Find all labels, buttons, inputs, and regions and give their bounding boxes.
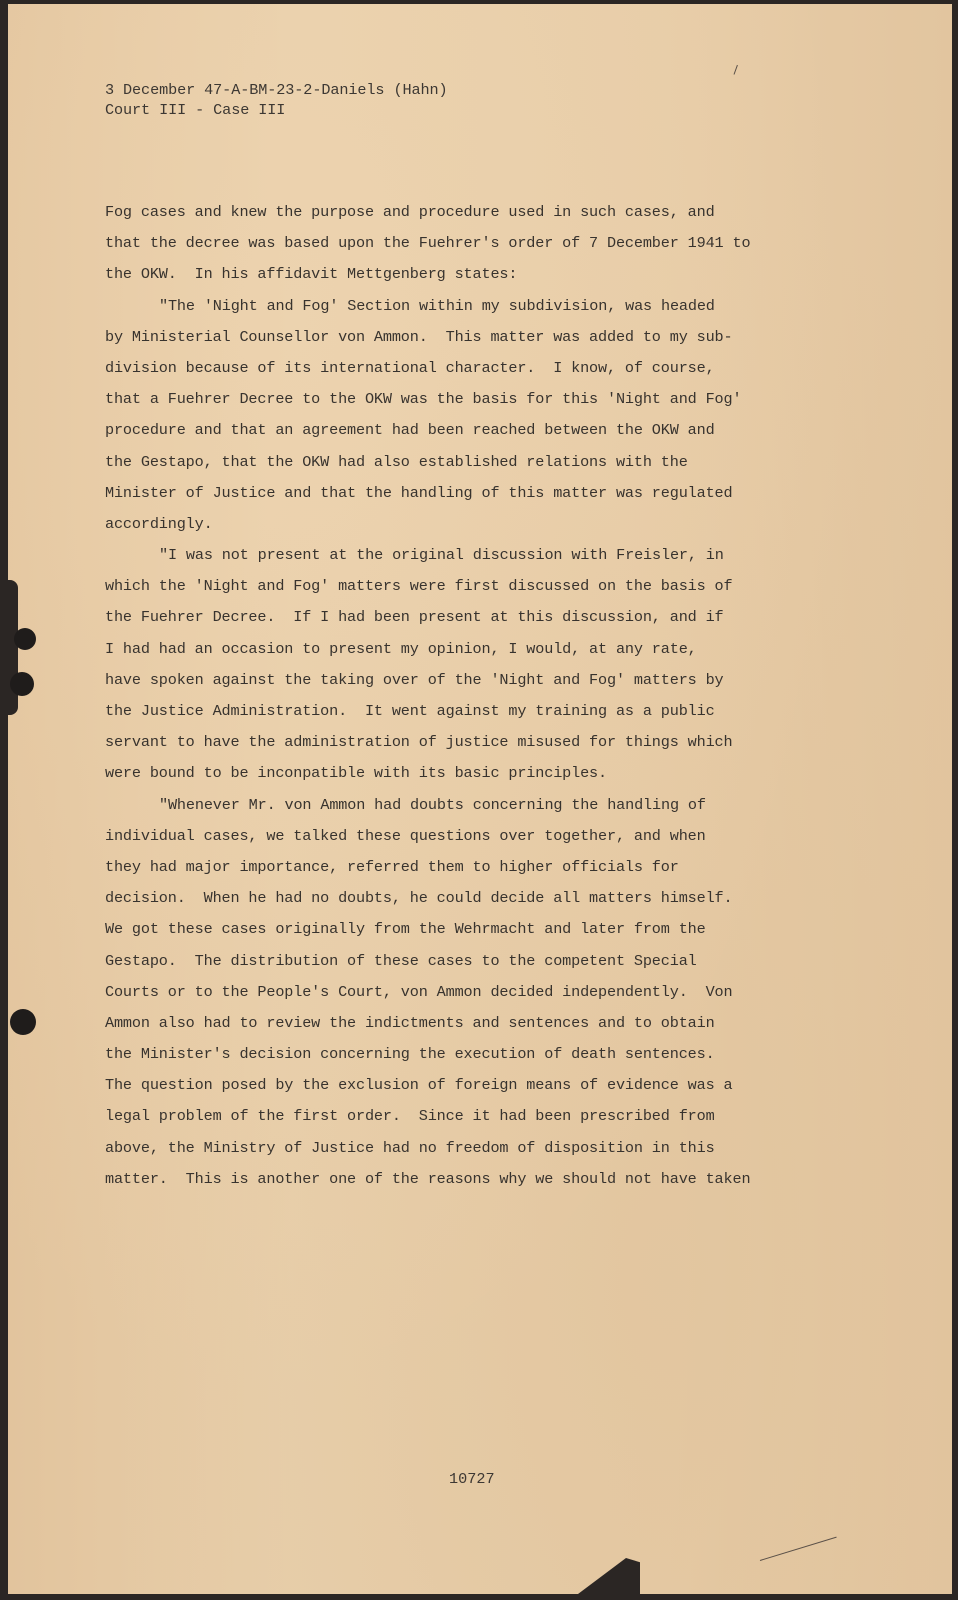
punch-hole xyxy=(10,1009,36,1035)
text-line: that a Fuehrer Decree to the OKW was the… xyxy=(105,387,865,418)
text-line: Minister of Justice and that the handlin… xyxy=(105,481,865,512)
document-body: Fog cases and knew the purpose and proce… xyxy=(105,200,865,1198)
text-line: they had major importance, referred them… xyxy=(105,855,865,886)
punch-hole xyxy=(14,628,36,650)
text-line: decision. When he had no doubts, he coul… xyxy=(105,886,865,917)
page-number: 10727 xyxy=(449,1470,495,1488)
text-line: "Whenever Mr. von Ammon had doubts conce… xyxy=(105,793,865,824)
text-line: division because of its international ch… xyxy=(105,356,865,387)
text-line: Courts or to the People's Court, von Amm… xyxy=(105,980,865,1011)
text-line: that the decree was based upon the Fuehr… xyxy=(105,231,865,262)
text-line: the Minister's decision concerning the e… xyxy=(105,1042,865,1073)
text-line: servant to have the administration of ju… xyxy=(105,730,865,761)
pencil-mark xyxy=(734,65,738,75)
text-line: which the 'Night and Fog' matters were f… xyxy=(105,574,865,605)
text-line: Fog cases and knew the purpose and proce… xyxy=(105,200,865,231)
text-line: individual cases, we talked these questi… xyxy=(105,824,865,855)
text-line: the Gestapo, that the OKW had also estab… xyxy=(105,450,865,481)
document-page: 3 December 47-A-BM-23-2-Daniels (Hahn) C… xyxy=(8,4,952,1594)
bottom-edge-tear xyxy=(0,1594,958,1600)
text-line: Gestapo. The distribution of these cases… xyxy=(105,949,865,980)
text-line: "I was not present at the original discu… xyxy=(105,543,865,574)
text-line: "The 'Night and Fog' Section within my s… xyxy=(105,294,865,325)
header-court-case: Court III - Case III xyxy=(105,100,448,120)
text-line: the Fuehrer Decree. If I had been presen… xyxy=(105,605,865,636)
text-line: legal problem of the first order. Since … xyxy=(105,1104,865,1135)
left-edge-tear xyxy=(0,580,18,715)
text-line: matter. This is another one of the reaso… xyxy=(105,1167,865,1198)
text-line: I had had an occasion to present my opin… xyxy=(105,637,865,668)
pencil-mark xyxy=(760,1537,837,1561)
text-line: the Justice Administration. It went agai… xyxy=(105,699,865,730)
text-line: were bound to be inconpatible with its b… xyxy=(105,761,865,792)
document-header: 3 December 47-A-BM-23-2-Daniels (Hahn) C… xyxy=(105,80,448,120)
text-line: procedure and that an agreement had been… xyxy=(105,418,865,449)
text-line: We got these cases originally from the W… xyxy=(105,917,865,948)
text-line: accordingly. xyxy=(105,512,865,543)
text-line: above, the Ministry of Justice had no fr… xyxy=(105,1136,865,1167)
text-line: Ammon also had to review the indictments… xyxy=(105,1011,865,1042)
punch-hole xyxy=(10,672,34,696)
text-line: have spoken against the taking over of t… xyxy=(105,668,865,699)
text-line: by Ministerial Counsellor von Ammon. Thi… xyxy=(105,325,865,356)
header-date-reference: 3 December 47-A-BM-23-2-Daniels (Hahn) xyxy=(105,80,448,100)
text-line: The question posed by the exclusion of f… xyxy=(105,1073,865,1104)
text-line: the OKW. In his affidavit Mettgenberg st… xyxy=(105,262,865,293)
